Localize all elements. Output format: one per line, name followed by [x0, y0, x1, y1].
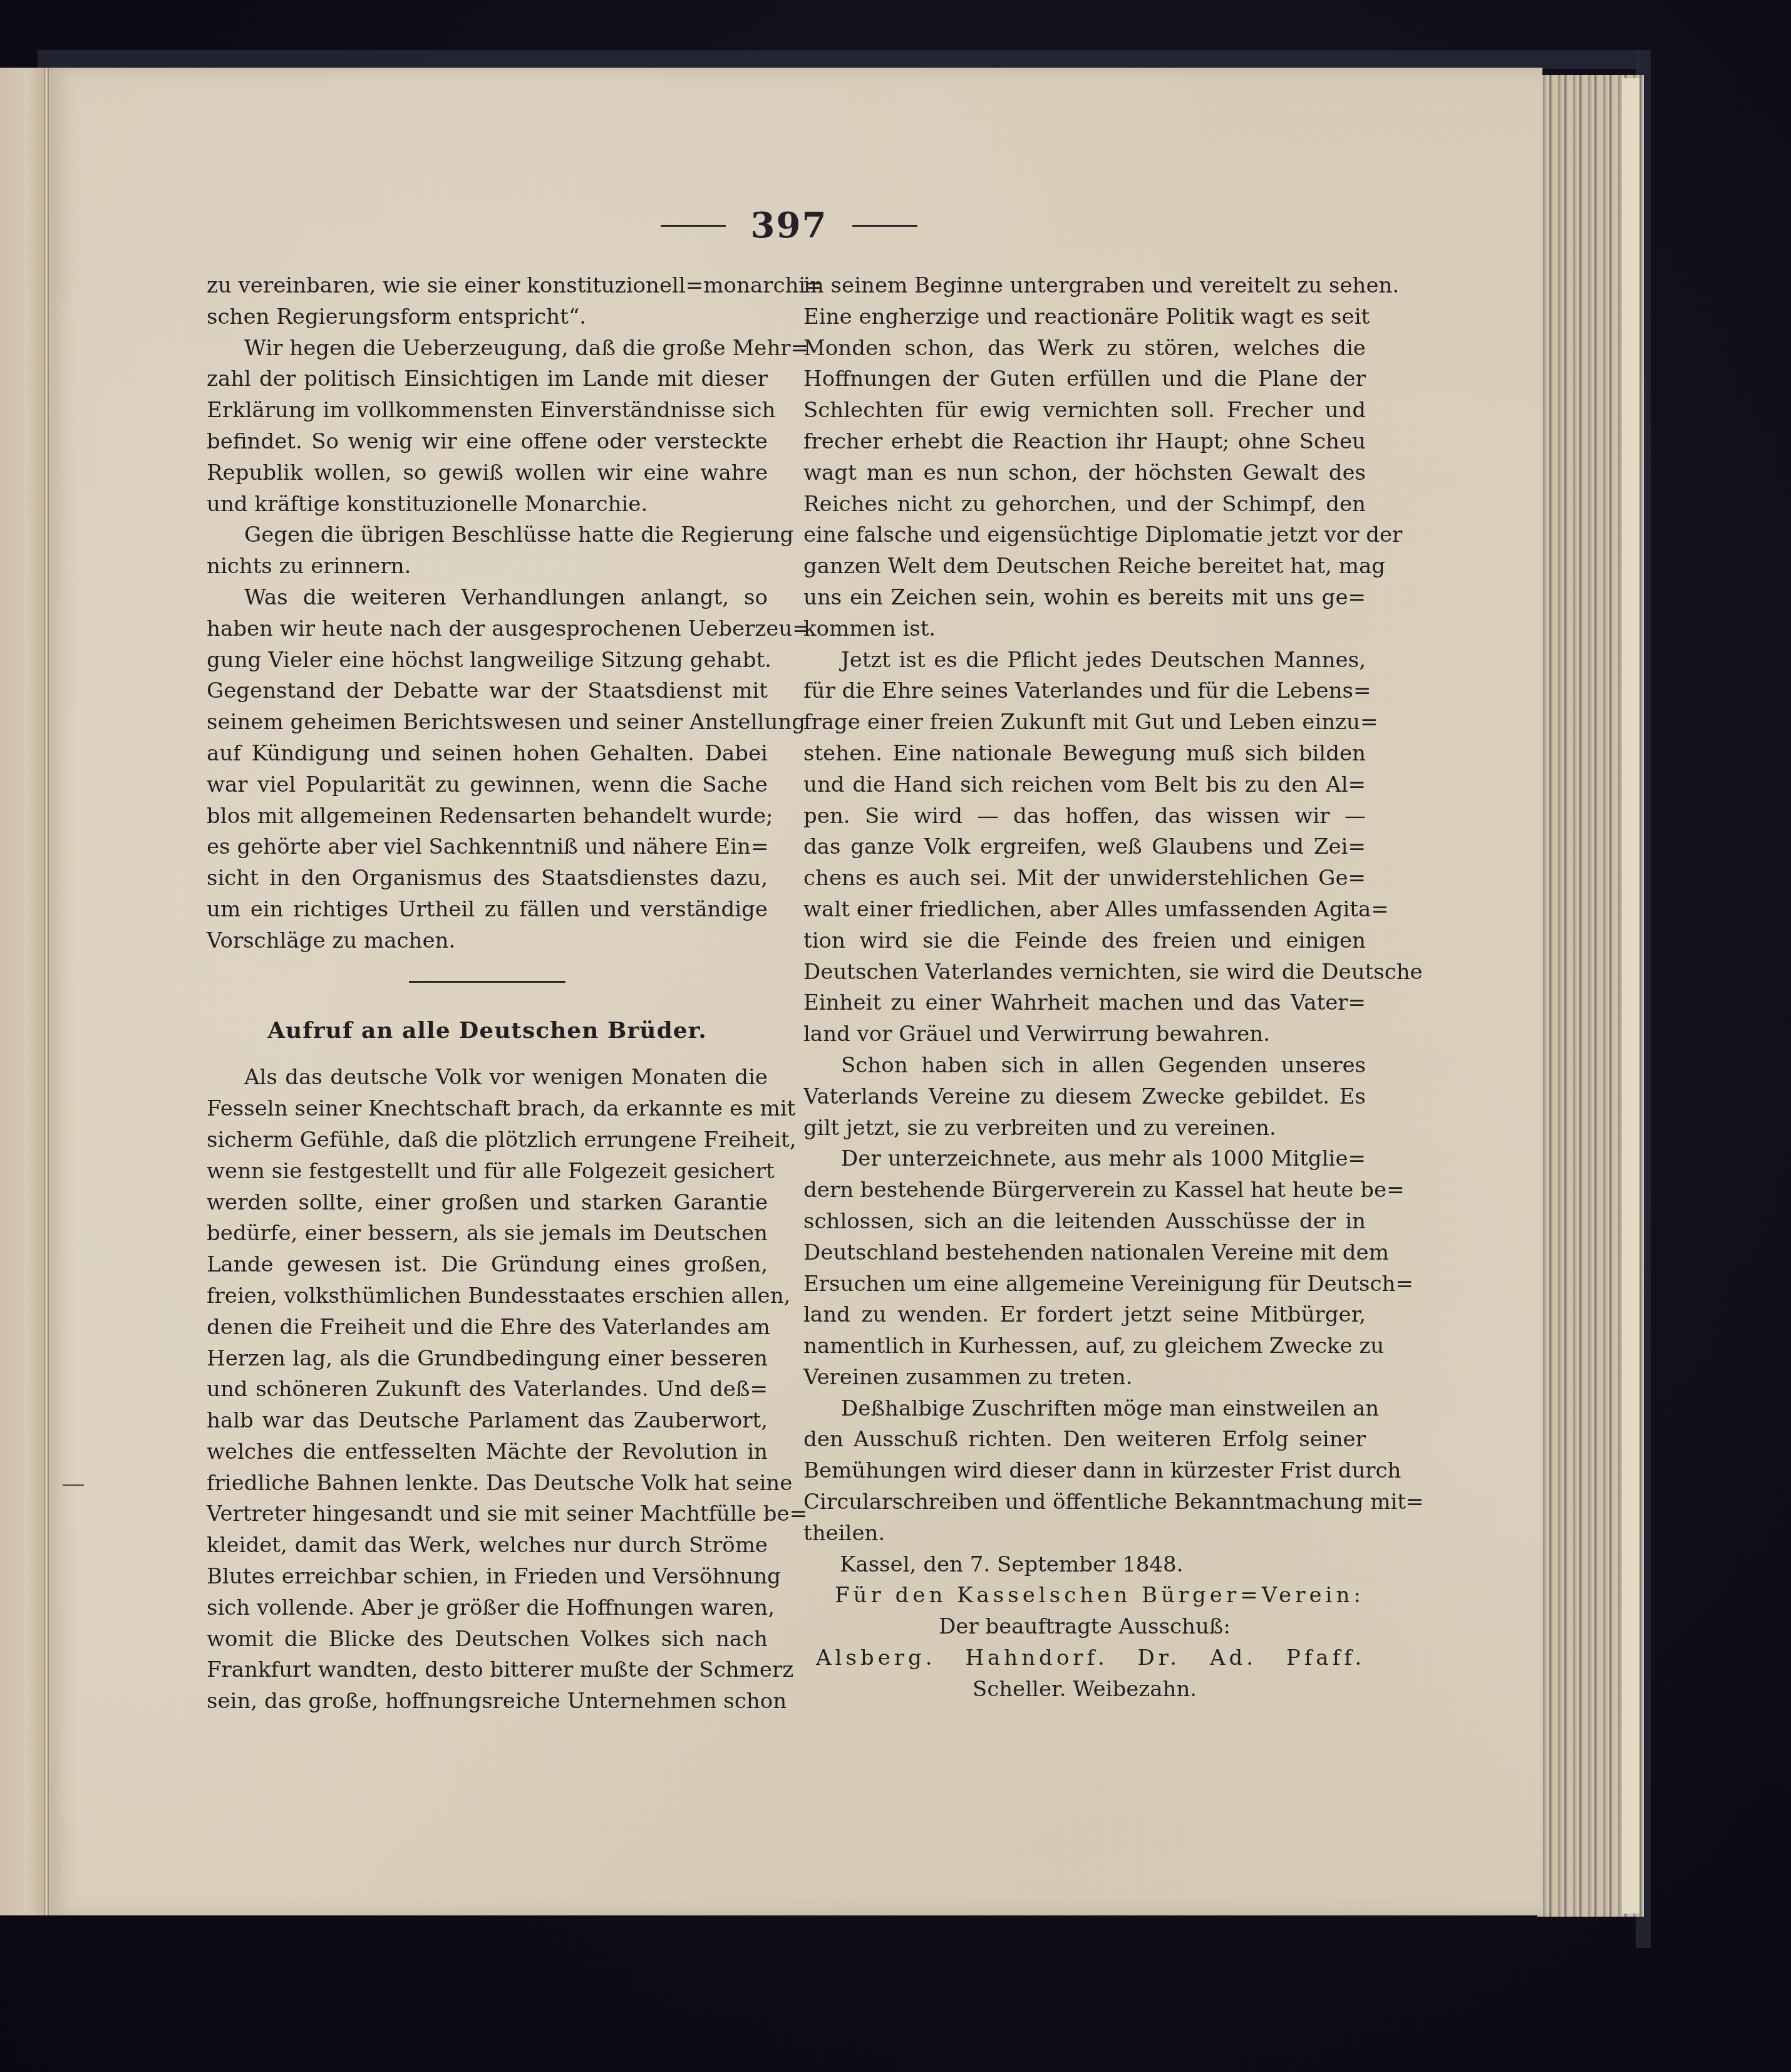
text-line: denen die Freiheit und die Ehre des Vate… — [207, 1312, 768, 1344]
text-line: den Ausschuß richten. Den weiteren Erfol… — [803, 1424, 1366, 1456]
text-line: kleidet, damit das Werk, welches nur dur… — [207, 1530, 768, 1562]
text-line: sicherm Gefühle, daß die plötzlich errun… — [207, 1125, 768, 1156]
text-line: sicht in den Organismus des Staatsdienst… — [207, 863, 768, 894]
text-line: befindet. So wenig wir eine offene oder … — [207, 427, 768, 458]
margin-mark — [63, 1484, 84, 1486]
text-line: zahl der politisch Einsichtigen im Lande… — [207, 364, 768, 395]
text-line: es gehörte aber viel Sachkenntniß und nä… — [207, 832, 768, 863]
text-line: land vor Gräuel und Verwirrung bewahren. — [803, 1019, 1366, 1050]
text-line: dern bestehende Bürgerverein zu Kassel h… — [803, 1175, 1366, 1206]
text-line: chens es auch sei. Mit der unwiderstehli… — [803, 863, 1366, 894]
text-line: walt einer friedlichen, aber Alles umfas… — [803, 894, 1366, 926]
text-line: friedliche Bahnen lenkte. Das Deutsche V… — [207, 1468, 768, 1500]
text-line: wagt man es nun schon, der höchsten Gewa… — [803, 458, 1366, 489]
text-line: das ganze Volk ergreifen, weß Glaubens u… — [803, 832, 1366, 863]
text-line: Vorschläge zu machen. — [207, 926, 768, 957]
text-line: Bemühungen wird dieser dann in kürzester… — [803, 1456, 1366, 1487]
header-rule-right — [852, 225, 917, 227]
text-line: Schon haben sich in allen Gegenden unser… — [803, 1050, 1366, 1082]
text-line: pen. Sie wird — das hoffen, das wissen w… — [803, 801, 1366, 832]
text-line: Vertreter hingesandt und sie mit seiner … — [207, 1499, 768, 1530]
text-line: blos mit allgemeinen Redensarten behande… — [207, 801, 768, 832]
text-line: schlossen, sich an die leitenden Ausschü… — [803, 1206, 1366, 1238]
text-line: kommen ist. — [803, 614, 1366, 645]
text-line: für die Ehre seines Vaterlandes und für … — [803, 676, 1366, 707]
text-line: halb war das Deutsche Parlament das Zaub… — [207, 1406, 768, 1437]
text-line: Ersuchen um eine allgemeine Vereinigung … — [803, 1269, 1366, 1300]
text-line: uns ein Zeichen sein, wohin es bereits m… — [803, 583, 1366, 614]
text-line: schen Regierungsform entspricht“. — [207, 302, 768, 333]
text-line: nichts zu erinnern. — [207, 551, 768, 583]
text-line: Als das deutsche Volk vor wenigen Monate… — [207, 1062, 768, 1094]
text-line: Erklärung im vollkommensten Einverständn… — [207, 395, 768, 427]
page-header: 397 — [651, 200, 927, 251]
text-line: auf Kündigung und seinen hohen Gehalten.… — [207, 738, 768, 770]
text-line: Einheit zu einer Wahrheit machen und das… — [803, 988, 1366, 1019]
text-line: frecher erhebt die Reaction ihr Haupt; o… — [803, 427, 1366, 458]
text-line: in seinem Beginne untergraben und vereit… — [803, 271, 1366, 302]
text-line: sein, das große, hoffnungsreiche Unterne… — [207, 1686, 768, 1717]
page-number: 397 — [751, 205, 828, 246]
text-line: eine falsche und eigensüchtige Diplomati… — [803, 520, 1366, 551]
right-column: in seinem Beginne untergraben und vereit… — [803, 271, 1366, 1706]
text-line: und die Hand sich reichen vom Belt bis z… — [803, 770, 1366, 801]
signature-organization: Für den Kasselschen Bürger=Verein: — [803, 1580, 1366, 1612]
signature-committee: Der beauftragte Ausschuß: — [803, 1612, 1366, 1643]
text-line: und schöneren Zukunft des Vaterlandes. U… — [207, 1374, 768, 1406]
binding-gutter — [44, 68, 49, 1915]
text-line: Deßhalbige Zuschriften möge man einstwei… — [803, 1394, 1366, 1425]
text-line: Lande gewesen ist. Die Gründung eines gr… — [207, 1250, 768, 1281]
section-divider — [409, 981, 565, 983]
left-column: zu vereinbaren, wie sie einer konstituzi… — [207, 271, 768, 1717]
text-line: werden sollte, einer großen und starken … — [207, 1188, 768, 1219]
text-line: land zu wenden. Er fordert jetzt seine M… — [803, 1300, 1366, 1331]
text-line: stehen. Eine nationale Bewegung muß sich… — [803, 738, 1366, 770]
text-line: um ein richtiges Urtheil zu fällen und v… — [207, 894, 768, 926]
text-line: Herzen lag, als die Grundbedingung einer… — [207, 1344, 768, 1375]
header-rule-left — [661, 225, 726, 227]
signature-names-2: Scheller. Weibezahn. — [803, 1674, 1366, 1706]
text-line: gilt jetzt, sie zu verbreiten und zu ver… — [803, 1113, 1366, 1144]
text-line: zu vereinbaren, wie sie einer konstituzi… — [207, 271, 768, 302]
text-line: welches die entfesselten Mächte der Revo… — [207, 1437, 768, 1468]
text-line: Gegen die übrigen Beschlüsse hatte die R… — [207, 520, 768, 551]
text-line: Gegenstand der Debatte war der Staatsdie… — [207, 676, 768, 707]
text-line: Circularschreiben und öffentliche Bekann… — [803, 1487, 1366, 1518]
text-line: sich vollende. Aber je größer die Hoffnu… — [207, 1593, 768, 1624]
text-line: namentlich in Kurhessen, auf, zu gleiche… — [803, 1331, 1366, 1362]
section-title: Aufruf an alle Deutschen Brüder. — [207, 1015, 768, 1047]
text-line: und kräftige konstituzionelle Monarchie. — [207, 489, 768, 521]
text-line: Vaterlands Vereine zu diesem Zwecke gebi… — [803, 1082, 1366, 1113]
text-line: tion wird sie die Feinde des freien und … — [803, 926, 1366, 957]
text-line: Der unterzeichnete, aus mehr als 1000 Mi… — [803, 1144, 1366, 1175]
text-line: Vereinen zusammen zu treten. — [803, 1362, 1366, 1394]
text-line: war viel Popularität zu gewinnen, wenn d… — [207, 770, 768, 801]
endpaper-edge — [1622, 78, 1639, 1914]
text-line: Deutschland bestehenden nationalen Verei… — [803, 1238, 1366, 1269]
text-line: Deutschen Vaterlandes vernichten, sie wi… — [803, 957, 1366, 988]
text-line: bedürfe, einer bessern, als sie jemals i… — [207, 1218, 768, 1250]
text-line: haben wir heute nach der ausgesprochenen… — [207, 614, 768, 645]
text-line: Reiches nicht zu gehorchen, und der Schi… — [803, 489, 1366, 521]
text-line: Monden schon, das Werk zu stören, welche… — [803, 333, 1366, 365]
text-line: Frankfurt wandten, desto bitterer mußte … — [207, 1655, 768, 1686]
text-line: frage einer freien Zukunft mit Gut und L… — [803, 707, 1366, 738]
text-line: Hoffnungen der Guten erfüllen und die Pl… — [803, 364, 1366, 395]
text-line: Jetzt ist es die Pflicht jedes Deutschen… — [803, 645, 1366, 676]
text-line: gung Vieler eine höchst langweilige Sitz… — [207, 645, 768, 676]
signature-place-date: Kassel, den 7. September 1848. — [803, 1550, 1366, 1581]
text-line: theilen. — [803, 1518, 1366, 1550]
text-line: seinem geheimen Berichtswesen und seiner… — [207, 707, 768, 738]
text-line: wenn sie festgestellt und für alle Folge… — [207, 1156, 768, 1188]
text-line: Fesseln seiner Knechtschaft brach, da er… — [207, 1094, 768, 1125]
text-line: freien, volksthümlichen Bundesstaates er… — [207, 1281, 768, 1312]
text-line: ganzen Welt dem Deutschen Reiche bereite… — [803, 551, 1366, 583]
text-line: Was die weiteren Verhandlungen anlangt, … — [207, 583, 768, 614]
text-line: Schlechten für ewig vernichten soll. Fre… — [803, 395, 1366, 427]
text-line: Wir hegen die Ueberzeugung, daß die groß… — [207, 333, 768, 365]
text-line: Blutes erreichbar schien, in Frieden und… — [207, 1562, 768, 1593]
signature-names-1: Alsberg. Hahndorf. Dr. Ad. Pfaff. — [803, 1643, 1366, 1674]
text-line: Republik wollen, so gewiß wollen wir ein… — [207, 458, 768, 489]
facing-page-edge — [0, 68, 45, 1915]
cover-top-edge — [38, 50, 1641, 69]
text-line: Eine engherzige und reactionäre Politik … — [803, 302, 1366, 333]
text-line: womit die Blicke des Deutschen Volkes si… — [207, 1624, 768, 1655]
